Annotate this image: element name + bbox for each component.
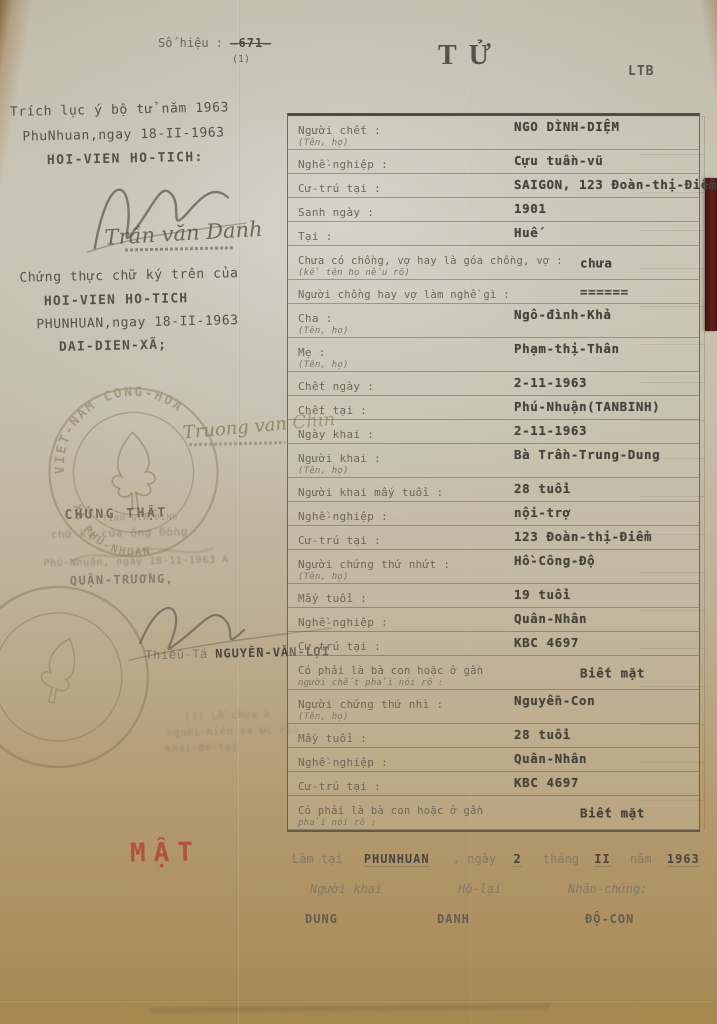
row-sublabel: (Tên, họ) — [298, 326, 693, 336]
row-sublabel: (Tên, họ) — [298, 572, 693, 582]
chung-that-title: CHỨNG THẬT — [64, 506, 168, 523]
row-label: Cư-trú tại : — [298, 534, 381, 547]
row-label: Người chứng thứ nhứt : — [298, 558, 450, 571]
year-value: 1963 — [667, 852, 700, 867]
row-value: NGO DÌNH-DIỆM — [514, 119, 620, 134]
row-label: Mẹ : — [298, 346, 326, 359]
row-value: Hồ-Công-Độ — [514, 553, 595, 568]
table-row: Người chồng hay vợ làm nghề gì : ====== — [288, 280, 699, 304]
table-row: Nghề-nghiệp : nội-trợ — [288, 502, 699, 526]
table-row: Chết ngày : 2-11-1963 — [288, 372, 699, 396]
table-row: Mấy tuổi : 19 tuổi — [288, 584, 699, 608]
faint-footnote-1: (1) Lề chừa ở — [185, 710, 271, 723]
officer-rank: Thiếu-Tá — [145, 647, 208, 662]
table-row: Người chứng thứ nhứt : (Tên, họ) Hồ-Công… — [288, 550, 699, 584]
faded-bottom-text-smudge — [150, 1004, 550, 1016]
row-label: Cư-trú tại : — [298, 182, 381, 195]
faint-footnote-2: nguời-hiên so Uc rầu — [167, 725, 300, 739]
table-row: Tại : Huế — [288, 222, 699, 246]
row-label: Có phải là bà con hoặc ở gần — [298, 805, 483, 817]
row-value: Phú-Nhuận(TANBINH) — [514, 399, 660, 414]
row-value: Quân-Nhân — [514, 611, 587, 626]
row-value: Huế — [514, 225, 538, 240]
row-value: 2-11-1963 — [514, 423, 587, 438]
row-value: 2-11-1963 — [514, 375, 587, 390]
table-row: Người khai mấy tuổi : 28 tuổi — [288, 478, 699, 502]
table-row: Cư-trú tại : SAIGON, 123 Đoàn-thị-Điểm — [288, 174, 699, 198]
row-label: Nghề-nghiệp : — [298, 756, 388, 769]
row-sublabel: (Tên, họ) — [298, 138, 693, 148]
table-row: Chết tại : Phú-Nhuận(TANBINH) — [288, 396, 699, 420]
death-register-table: Người chết : (Tên, họ) NGO DÌNH-DIỆM Ngh… — [287, 113, 700, 832]
row-value: Biết mặt — [580, 805, 645, 820]
secret-stamp: MẬT — [130, 837, 201, 868]
table-row: Cư trú tại : KBC 4697 — [288, 632, 699, 656]
clerk-signature-name: DANH — [437, 912, 470, 926]
faint-footnote-3: khai-đề-tại — [165, 742, 238, 755]
row-value: 1901 — [514, 201, 547, 216]
row-label: Nghề-nghiệp : — [298, 510, 388, 523]
extract-date-line: PhuNhuan,ngay 18-II-1963 — [22, 125, 225, 144]
row-value: nội-trợ — [514, 505, 571, 520]
certify-line-4: DAI-DIEN-XÃ; — [59, 338, 168, 355]
table-row: Nghề-nghiệp : Quân-Nhân — [288, 608, 699, 632]
row-value: chưa — [580, 255, 613, 270]
declarant-signature-name: DUNG — [305, 912, 338, 926]
row-label: Tại : — [298, 230, 333, 243]
row-label: Cư-trú tại : — [298, 780, 381, 793]
table-row: Nghề-nghiệp : Quân-Nhân — [288, 748, 699, 772]
row-value: Nguyễn-Con — [514, 693, 595, 708]
row-label: Cư trú tại : — [298, 640, 381, 653]
row-value: Cựu tuần-vũ — [514, 153, 603, 168]
table-row: Mấy tuổi : 28 tuổi — [288, 724, 699, 748]
made-at-value: PHUNHUAN — [364, 852, 430, 867]
table-row: Người chết : (Tên, họ) NGO DÌNH-DIỆM — [288, 116, 699, 150]
row-label: Nghề-nghiệp : — [298, 158, 388, 171]
row-label: Có phải là bà con hoặc ở gần — [298, 665, 483, 677]
row-sublabel: (kể tên họ nếu rõ) — [298, 268, 693, 278]
row-label: Người chứng thứ nhì : — [298, 698, 443, 711]
row-value: 28 tuổi — [514, 727, 571, 742]
row-value: Ngô-đình-Khả — [514, 307, 612, 322]
row-label: Ngày khai : — [298, 428, 374, 441]
row-label: Chết tại : — [298, 404, 367, 417]
left-annotation-column: Trích lục ý bộ tử năm 1963 PhuNhuan,ngay… — [0, 0, 308, 803]
table-row: Chưa có chồng, vợ hay là góa chồng, vợ :… — [288, 246, 699, 280]
row-value: 19 tuổi — [514, 587, 571, 602]
row-label: Nghề-nghiệp : — [298, 616, 388, 629]
row-value: 28 tuổi — [514, 481, 571, 496]
witness-column-title: Nhân-chứng: — [568, 882, 647, 896]
table-row: Người khai : (Tên, họ) Bà Trần-Trung-Dun… — [288, 444, 699, 478]
document-title: TỬ — [438, 40, 503, 72]
clerk-column-title: Hộ-lại — [458, 882, 501, 896]
row-label: Người chết : — [298, 124, 381, 137]
svg-text:VIET-NAM CONG-HOA: VIET-NAM CONG-HOA — [51, 384, 187, 475]
month-label: tháng — [543, 852, 579, 866]
day-value: 2 — [513, 852, 521, 867]
table-row: Nghề-nghiệp : Cựu tuần-vũ — [288, 150, 699, 174]
table-row: Ngày khai : 2-11-1963 — [288, 420, 699, 444]
table-row: Sanh ngày : 1901 — [288, 198, 699, 222]
extract-line: Trích lục ý bộ tử năm 1963 — [10, 100, 229, 120]
witness-signature-name: ĐỘ-CON — [585, 912, 634, 926]
row-sublabel: (Tên, họ) — [298, 360, 693, 370]
certify-line-2: HOI-VIEN HO-TICH — [44, 291, 189, 309]
row-label: Người chồng hay vợ làm nghề gì : — [298, 289, 510, 301]
month-value: II — [594, 852, 610, 867]
row-label: Người khai : — [298, 452, 381, 465]
row-value: KBC 4697 — [514, 635, 579, 650]
background-maroon-strip — [705, 178, 717, 331]
row-value: KBC 4697 — [514, 775, 579, 790]
row-label: Mấy tuổi : — [298, 592, 367, 605]
certify-line-1: Chứng thực chữ ký trên của — [19, 266, 238, 286]
made-at-line: Làm tại PHUNHUAN , ngày 2 tháng II năm 1… — [292, 852, 700, 866]
row-value: Biết mặt — [580, 665, 645, 680]
table-row: Có phải là bà con hoặc ở gần người chết … — [288, 656, 699, 690]
paper-crease-horizontal — [0, 1000, 717, 1002]
death-certificate-page: Số hiệu : —671— (1) TỬ LTB Trích lục ý b… — [0, 0, 717, 1024]
row-sublabel: (Tên, họ) — [298, 466, 693, 476]
year-label: năm — [630, 852, 652, 866]
row-value: 123 Đoàn-thị-Điểm — [514, 529, 652, 544]
made-at-label: Làm tại — [292, 852, 343, 866]
table-row: Mẹ : (Tên, họ) Phạm-thị-Thân — [288, 338, 699, 372]
row-label: Sanh ngày : — [298, 206, 374, 219]
table-row: Có phải là bà con hoặc ở gần phải nói rõ… — [288, 796, 699, 830]
table-row: Người chứng thứ nhì : (Tên, họ) Nguyễn-C… — [288, 690, 699, 724]
signature2-underline — [189, 441, 285, 446]
row-label: Chưa có chồng, vợ hay là góa chồng, vợ : — [298, 255, 563, 267]
row-label: Chết ngày : — [298, 380, 374, 393]
table-row: Cha : (Tên, họ) Ngô-đình-Khả — [288, 304, 699, 338]
certify-line-3: PHUNHUAN,ngay 18-II-1963 — [36, 313, 239, 332]
table-row: Cư-trú tại : 123 Đoàn-thị-Điểm — [288, 526, 699, 550]
row-value: SAIGON, 123 Đoàn-thị-Điểm — [514, 177, 717, 192]
row-label: Mấy tuổi : — [298, 732, 367, 745]
corner-code: LTB — [628, 64, 654, 79]
table-row: Cư-trú tại : KBC 4697 — [288, 772, 699, 796]
row-label: Cha : — [298, 312, 333, 325]
row-label: Người khai mấy tuổi : — [298, 486, 443, 499]
day-label: , ngày — [453, 852, 496, 866]
row-value: Quân-Nhân — [514, 751, 587, 766]
row-sublabel: (Tên, họ) — [298, 712, 693, 722]
declarant-column-title: Người khai — [310, 882, 382, 896]
row-value: ====== — [580, 284, 629, 299]
row-value: Phạm-thị-Thân — [514, 341, 620, 356]
row-value: Bà Trần-Trung-Dung — [514, 447, 660, 462]
